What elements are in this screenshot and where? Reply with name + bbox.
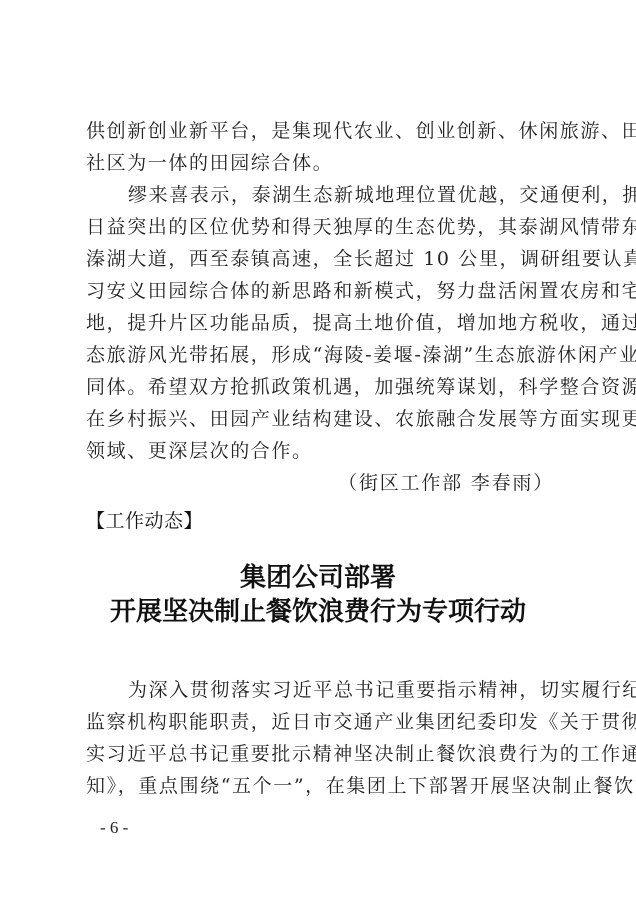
- paragraph-line: 习安义田园综合体的新思路和新模式，努力盘活闲置农房和宅基: [86, 279, 554, 303]
- paragraph-line: 为深入贯彻落实习近平总书记重要指示精神，切实履行纪检: [128, 678, 554, 702]
- paragraph-line: 监察机构职能职责，近日市交通产业集团纪委印发《关于贯彻落: [86, 710, 554, 734]
- paragraph-line: 日益突出的区位优势和得天独厚的生态优势，其泰湖风情带东至: [86, 215, 554, 239]
- paragraph-line: 社区为一体的田园综合体。: [86, 151, 554, 175]
- article-title-line-1: 集团公司部署: [0, 562, 636, 594]
- paragraph-line: 溱湖大道，西至泰镇高速，全长超过 10 公里，调研组要认真学: [86, 247, 554, 271]
- document-page: 供创新创业新平台，是集现代农业、创业创新、休闲旅游、田园 社区为一体的田园综合体…: [0, 0, 636, 900]
- paragraph-line: 供创新创业新平台，是集现代农业、创业创新、休闲旅游、田园: [86, 119, 554, 143]
- article-signature: （街区工作部 李春雨）: [338, 471, 554, 495]
- paragraph-line: 领域、更深层次的合作。: [86, 439, 554, 463]
- page-number: - 6 -: [100, 818, 128, 838]
- paragraph-line: 态旅游风光带拓展，形成“海陵-姜堰-溱湖”生态旅游休闲产业共: [86, 343, 554, 367]
- article-title-line-2: 开展坚决制止餐饮浪费行为专项行动: [0, 596, 636, 628]
- paragraph-line: 知》，重点围绕“五个一”，在集团上下部署开展坚决制止餐饮浪: [86, 774, 554, 798]
- paragraph-line: 地，提升片区功能品质，提高土地价值，增加地方税收，通过生: [86, 311, 554, 335]
- section-tag: 【工作动态】: [86, 509, 203, 533]
- paragraph-line: 在乡村振兴、田园产业结构建设、农旅融合发展等方面实现更广: [86, 407, 554, 431]
- paragraph-line: 同体。希望双方抢抓政策机遇，加强统筹谋划，科学整合资源，: [86, 375, 554, 399]
- paragraph-line: 实习近平总书记重要批示精神坚决制止餐饮浪费行为的工作通: [86, 742, 554, 766]
- paragraph-line: 缪来喜表示，泰湖生态新城地理位置优越，交通便利，拥有: [128, 183, 554, 207]
